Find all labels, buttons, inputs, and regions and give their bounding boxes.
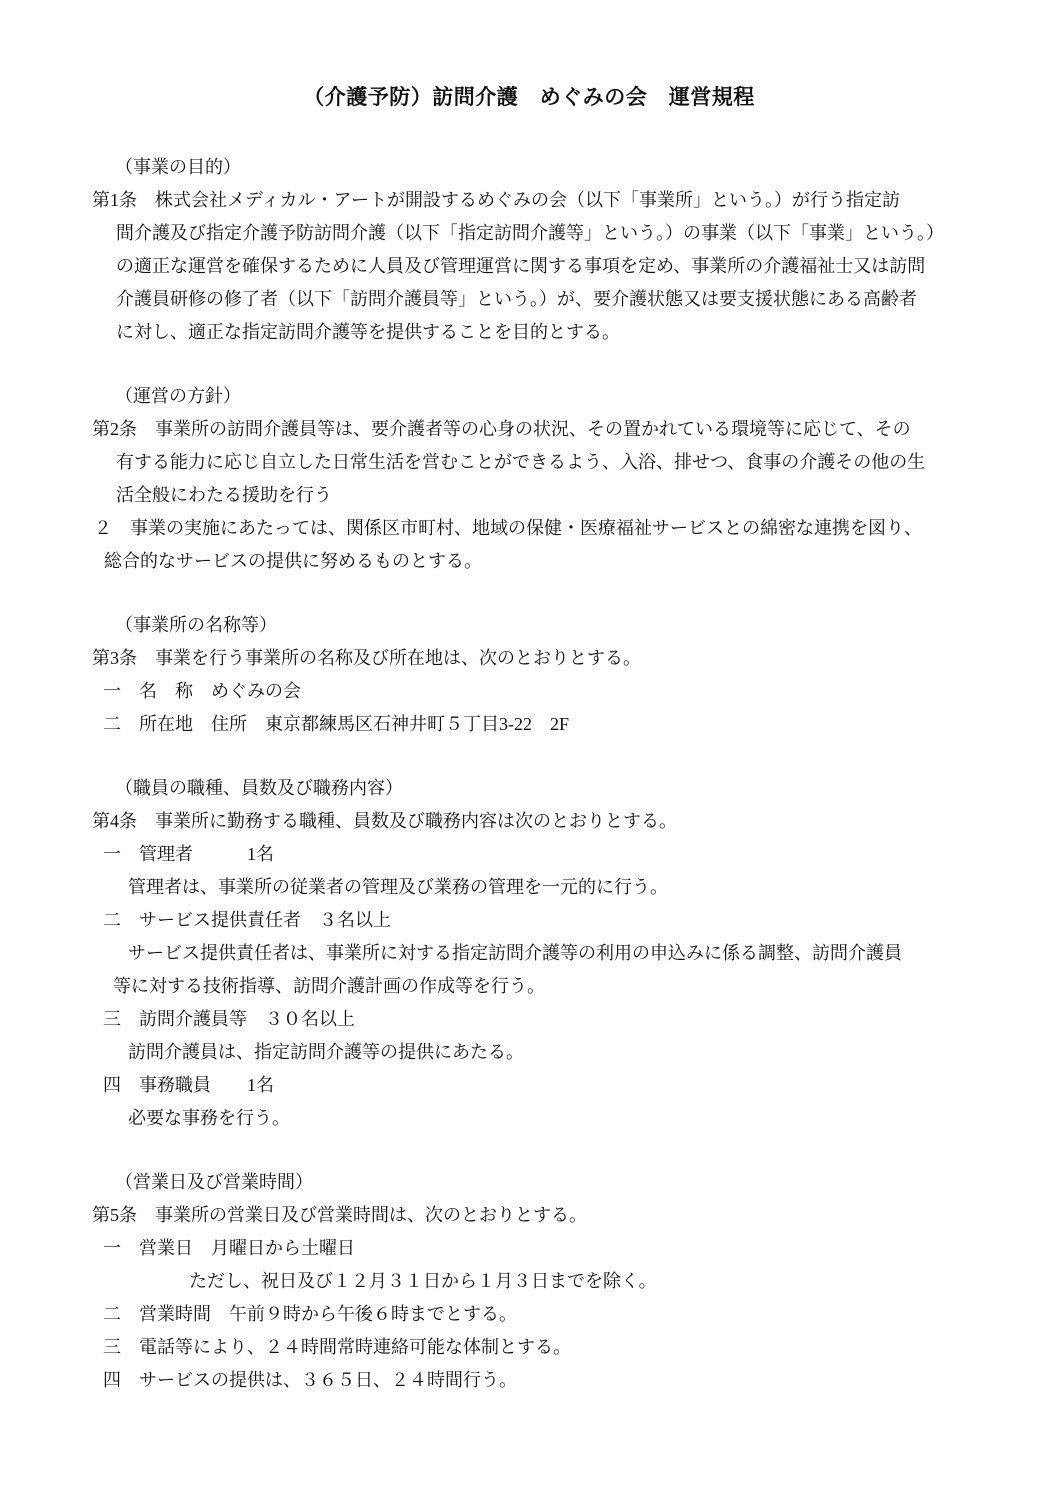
- list-item-line: 四 事務職員 1名: [0, 1069, 1058, 1102]
- article-continuation-line: 有する能力に応じ自立した日常生活を営むことができるよう、入浴、排せつ、食事の介護…: [0, 446, 1058, 479]
- item-description-line: 管理者は、事業所の従業者の管理及び業務の管理を一元的に行う。: [0, 871, 1058, 904]
- paragraph-2-line: ２ 事業の実施にあたっては、関係区市町村、地域の保健・医療福祉サービスとの綿密な…: [0, 512, 1058, 545]
- article-continuation-line: 活全般にわたる援助を行う: [0, 479, 1058, 512]
- article-continuation-line: 間介護及び指定介護予防訪問介護（以下「指定訪問介護等」という。）の事業（以下「事…: [0, 217, 1058, 250]
- section-heading: （営業日及び営業時間）: [0, 1166, 1058, 1199]
- item-description-line: 訪問介護員は、指定訪問介護等の提供にあたる。: [0, 1036, 1058, 1069]
- list-item-line: 二 所在地 住所 東京都練馬区石神井町５丁目3-22 2F: [0, 708, 1058, 741]
- list-item-line: 三 訪問介護員等 ３０名以上: [0, 1003, 1058, 1036]
- article-first-line: 第5条 事業所の営業日及び営業時間は、次のとおりとする。: [0, 1199, 1058, 1232]
- article-continuation-line: の適正な運営を確保するために人員及び管理運営に関する事項を定め、事業所の介護福祉…: [0, 250, 1058, 283]
- article-continuation-line: に対し、適正な指定訪問介護等を提供することを目的とする。: [0, 316, 1058, 349]
- item-description-continuation-line: 等に対する技術指導、訪問介護計画の作成等を行う。: [0, 970, 1058, 1003]
- section-heading: （運営の方針）: [0, 380, 1058, 413]
- list-item-line: 一 営業日 月曜日から土曜日: [0, 1232, 1058, 1265]
- article-continuation-line: 介護員研修の修了者（以下「訪問介護員等」という。）が、要介護状態又は要支援状態に…: [0, 283, 1058, 316]
- article-first-line: 第2条 事業所の訪問介護員等は、要介護者等の心身の状況、その置かれている環境等に…: [0, 413, 1058, 446]
- section-heading: （職員の職種、員数及び職務内容）: [0, 772, 1058, 805]
- article-first-line: 第1条 株式会社メディカル・アートが開設するめぐみの会（以下「事業所」という。）…: [0, 184, 1058, 217]
- blank-line: [0, 349, 1058, 380]
- paragraph-2-continuation-line: 総合的なサービスの提供に努めるものとする。: [0, 545, 1058, 578]
- list-item-line: 四 サービスの提供は、３６５日、２４時間行う。: [0, 1364, 1058, 1397]
- blank-line: [0, 578, 1058, 609]
- list-item-line: 一 名 称 めぐみの会: [0, 675, 1058, 708]
- document-body: （介護予防）訪問介護 めぐみの会 運営規程（事業の目的）第1条 株式会社メディカ…: [0, 81, 1058, 1397]
- list-item-line: 一 管理者 1名: [0, 838, 1058, 871]
- list-item-line: 三 電話等により、２４時間常時連絡可能な体制とする。: [0, 1331, 1058, 1364]
- section-heading: （事業の目的）: [0, 151, 1058, 184]
- article-first-line: 第4条 事業所に勤務する職種、員数及び職務内容は次のとおりとする。: [0, 805, 1058, 838]
- proviso-line: ただし、祝日及び１２月３１日から１月３日までを除く。: [0, 1265, 1058, 1298]
- blank-line: [0, 741, 1058, 772]
- document-title: （介護予防）訪問介護 めぐみの会 運営規程: [0, 81, 1058, 114]
- section-heading: （事業所の名称等）: [0, 609, 1058, 642]
- article-first-line: 第3条 事業を行う事業所の名称及び所在地は、次のとおりとする。: [0, 642, 1058, 675]
- list-item-line: 二 営業時間 午前９時から午後６時までとする。: [0, 1298, 1058, 1331]
- list-item-line: 二 サービス提供責任者 ３名以上: [0, 904, 1058, 937]
- document-page: （介護予防）訪問介護 めぐみの会 運営規程（事業の目的）第1条 株式会社メディカ…: [0, 0, 1058, 1497]
- blank-line: [0, 114, 1058, 151]
- blank-line: [0, 1135, 1058, 1166]
- item-description-line: 必要な事務を行う。: [0, 1102, 1058, 1135]
- item-description-line: サービス提供責任者は、事業所に対する指定訪問介護等の利用の申込みに係る調整、訪問…: [0, 937, 1058, 970]
